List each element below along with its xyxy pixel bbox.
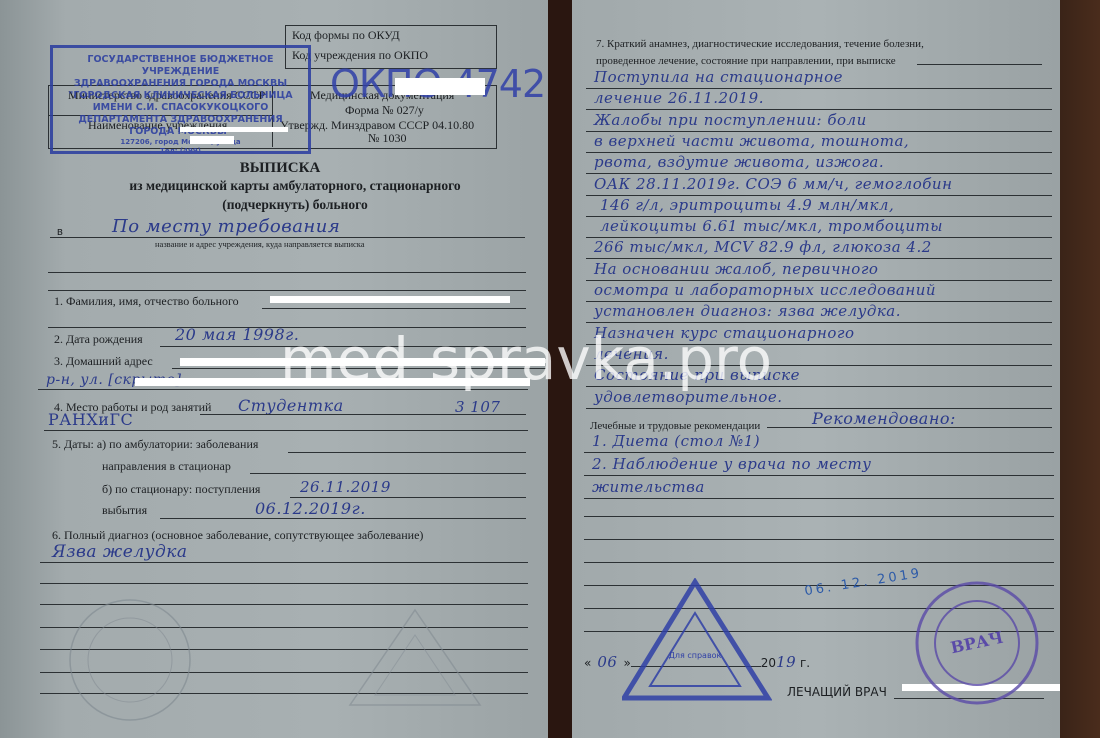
diagnosis-value: Язва желудка <box>52 542 188 562</box>
recommendations-label: Лечебные и трудовые рекомендации <box>590 420 760 432</box>
anamnesis-line: в верхней части живота, тошнота, <box>594 132 909 150</box>
birth-date-label: 2. Дата рождения <box>54 332 143 347</box>
anamnesis-line: Жалобы при поступлении: боли <box>594 111 867 129</box>
diagnosis-label: 6. Полный диагноз (основное заболевание,… <box>52 528 423 543</box>
address-label: 3. Домашний адрес <box>54 354 153 369</box>
svg-text:ВРАЧ: ВРАЧ <box>949 628 1005 658</box>
okud-label: Код формы по ОКУД <box>292 28 400 43</box>
name-label: 1. Фамилия, имя, отчество больного <box>54 294 239 309</box>
background-edge <box>1060 0 1100 738</box>
redaction-address <box>180 127 288 132</box>
redaction-okpo <box>395 78 485 95</box>
okpo-label: Код учреждения по ОКПО <box>292 48 428 63</box>
recommendation-line: 1. Диета (стол №1) <box>592 432 760 450</box>
anamnesis-line: Поступила на стационарное <box>594 68 843 86</box>
anamnesis-line: На основании жалоб, первичного <box>594 260 878 278</box>
anamnesis-line: осмотра и лабораторных исследований <box>594 281 936 299</box>
document-subtitle: из медицинской карты амбулаторного, стац… <box>0 178 548 194</box>
discharge-label: выбытия <box>102 503 147 518</box>
anamnesis-line: рвота, вздутие живота, изжога. <box>594 153 884 171</box>
to-hint: название и адрес учреждения, куда направ… <box>155 239 365 249</box>
order-number: № 1030 <box>368 131 406 146</box>
doctor-label: ЛЕЧАЩИЙ ВРАЧ <box>787 685 887 699</box>
anamnesis-line: ОАК 28.11.2019г. СОЭ 6 мм/ч, гемоглобин <box>594 175 952 193</box>
recommendation-line: 2. Наблюдение у врача по месту <box>592 455 871 473</box>
redaction-phone <box>190 136 234 144</box>
to-value: По месту требования <box>112 216 340 237</box>
admission-label: б) по стационару: поступления <box>102 482 260 497</box>
admission-value: 26.11.2019 <box>300 478 391 496</box>
institution-stamp: ГОСУДАРСТВЕННОЕ БЮДЖЕТНОЕ УЧРЕЖДЕНИЕ ЗДР… <box>50 45 311 154</box>
document-subtitle-2: (подчеркнуть) больного <box>0 197 548 213</box>
work-value-line2: РАНХиГС <box>48 410 133 429</box>
redaction-name <box>270 296 510 303</box>
triangle-stamp-icon: Для справок <box>622 578 772 703</box>
referral-label: направления в стационар <box>102 459 231 474</box>
section7-label: 7. Краткий анамнез, диагностические иссл… <box>596 38 924 50</box>
faint-triangle-stamp-icon <box>345 605 485 715</box>
anamnesis-line: лейкоциты 6.61 тыс/мкл, тромбоциты <box>600 217 943 235</box>
faint-round-stamp-icon <box>65 595 195 725</box>
section7-label-2: проведенное лечение, состояние при напра… <box>596 55 896 67</box>
doctor-round-stamp-icon: ВРАЧ <box>912 578 1042 708</box>
watermark: med-spravka.pro <box>280 325 772 393</box>
anamnesis-line: 146 г/л, эритроциты 4.9 млн/мкл, <box>600 196 894 214</box>
work-value: Студентка <box>238 396 344 415</box>
date-stamp: 06. 12. 2019 <box>804 566 924 599</box>
svg-text:Для справок: Для справок <box>669 651 722 660</box>
recommendation-line: жительства <box>592 478 705 496</box>
recommendations-value: Рекомендовано: <box>812 409 956 428</box>
anamnesis-line: лечение 26.11.2019. <box>594 89 764 107</box>
discharge-value: 06.12.2019г. <box>255 499 366 518</box>
anamnesis-line: 266 тыс/мкл, MCV 82.9 фл, глюкоза 4.2 <box>594 238 932 256</box>
document-title: ВЫПИСКА <box>0 160 548 177</box>
anamnesis-line: установлен диагноз: язва желудка. <box>594 302 901 320</box>
dates-label: 5. Даты: а) по амбулатории: заболевания <box>52 437 258 452</box>
